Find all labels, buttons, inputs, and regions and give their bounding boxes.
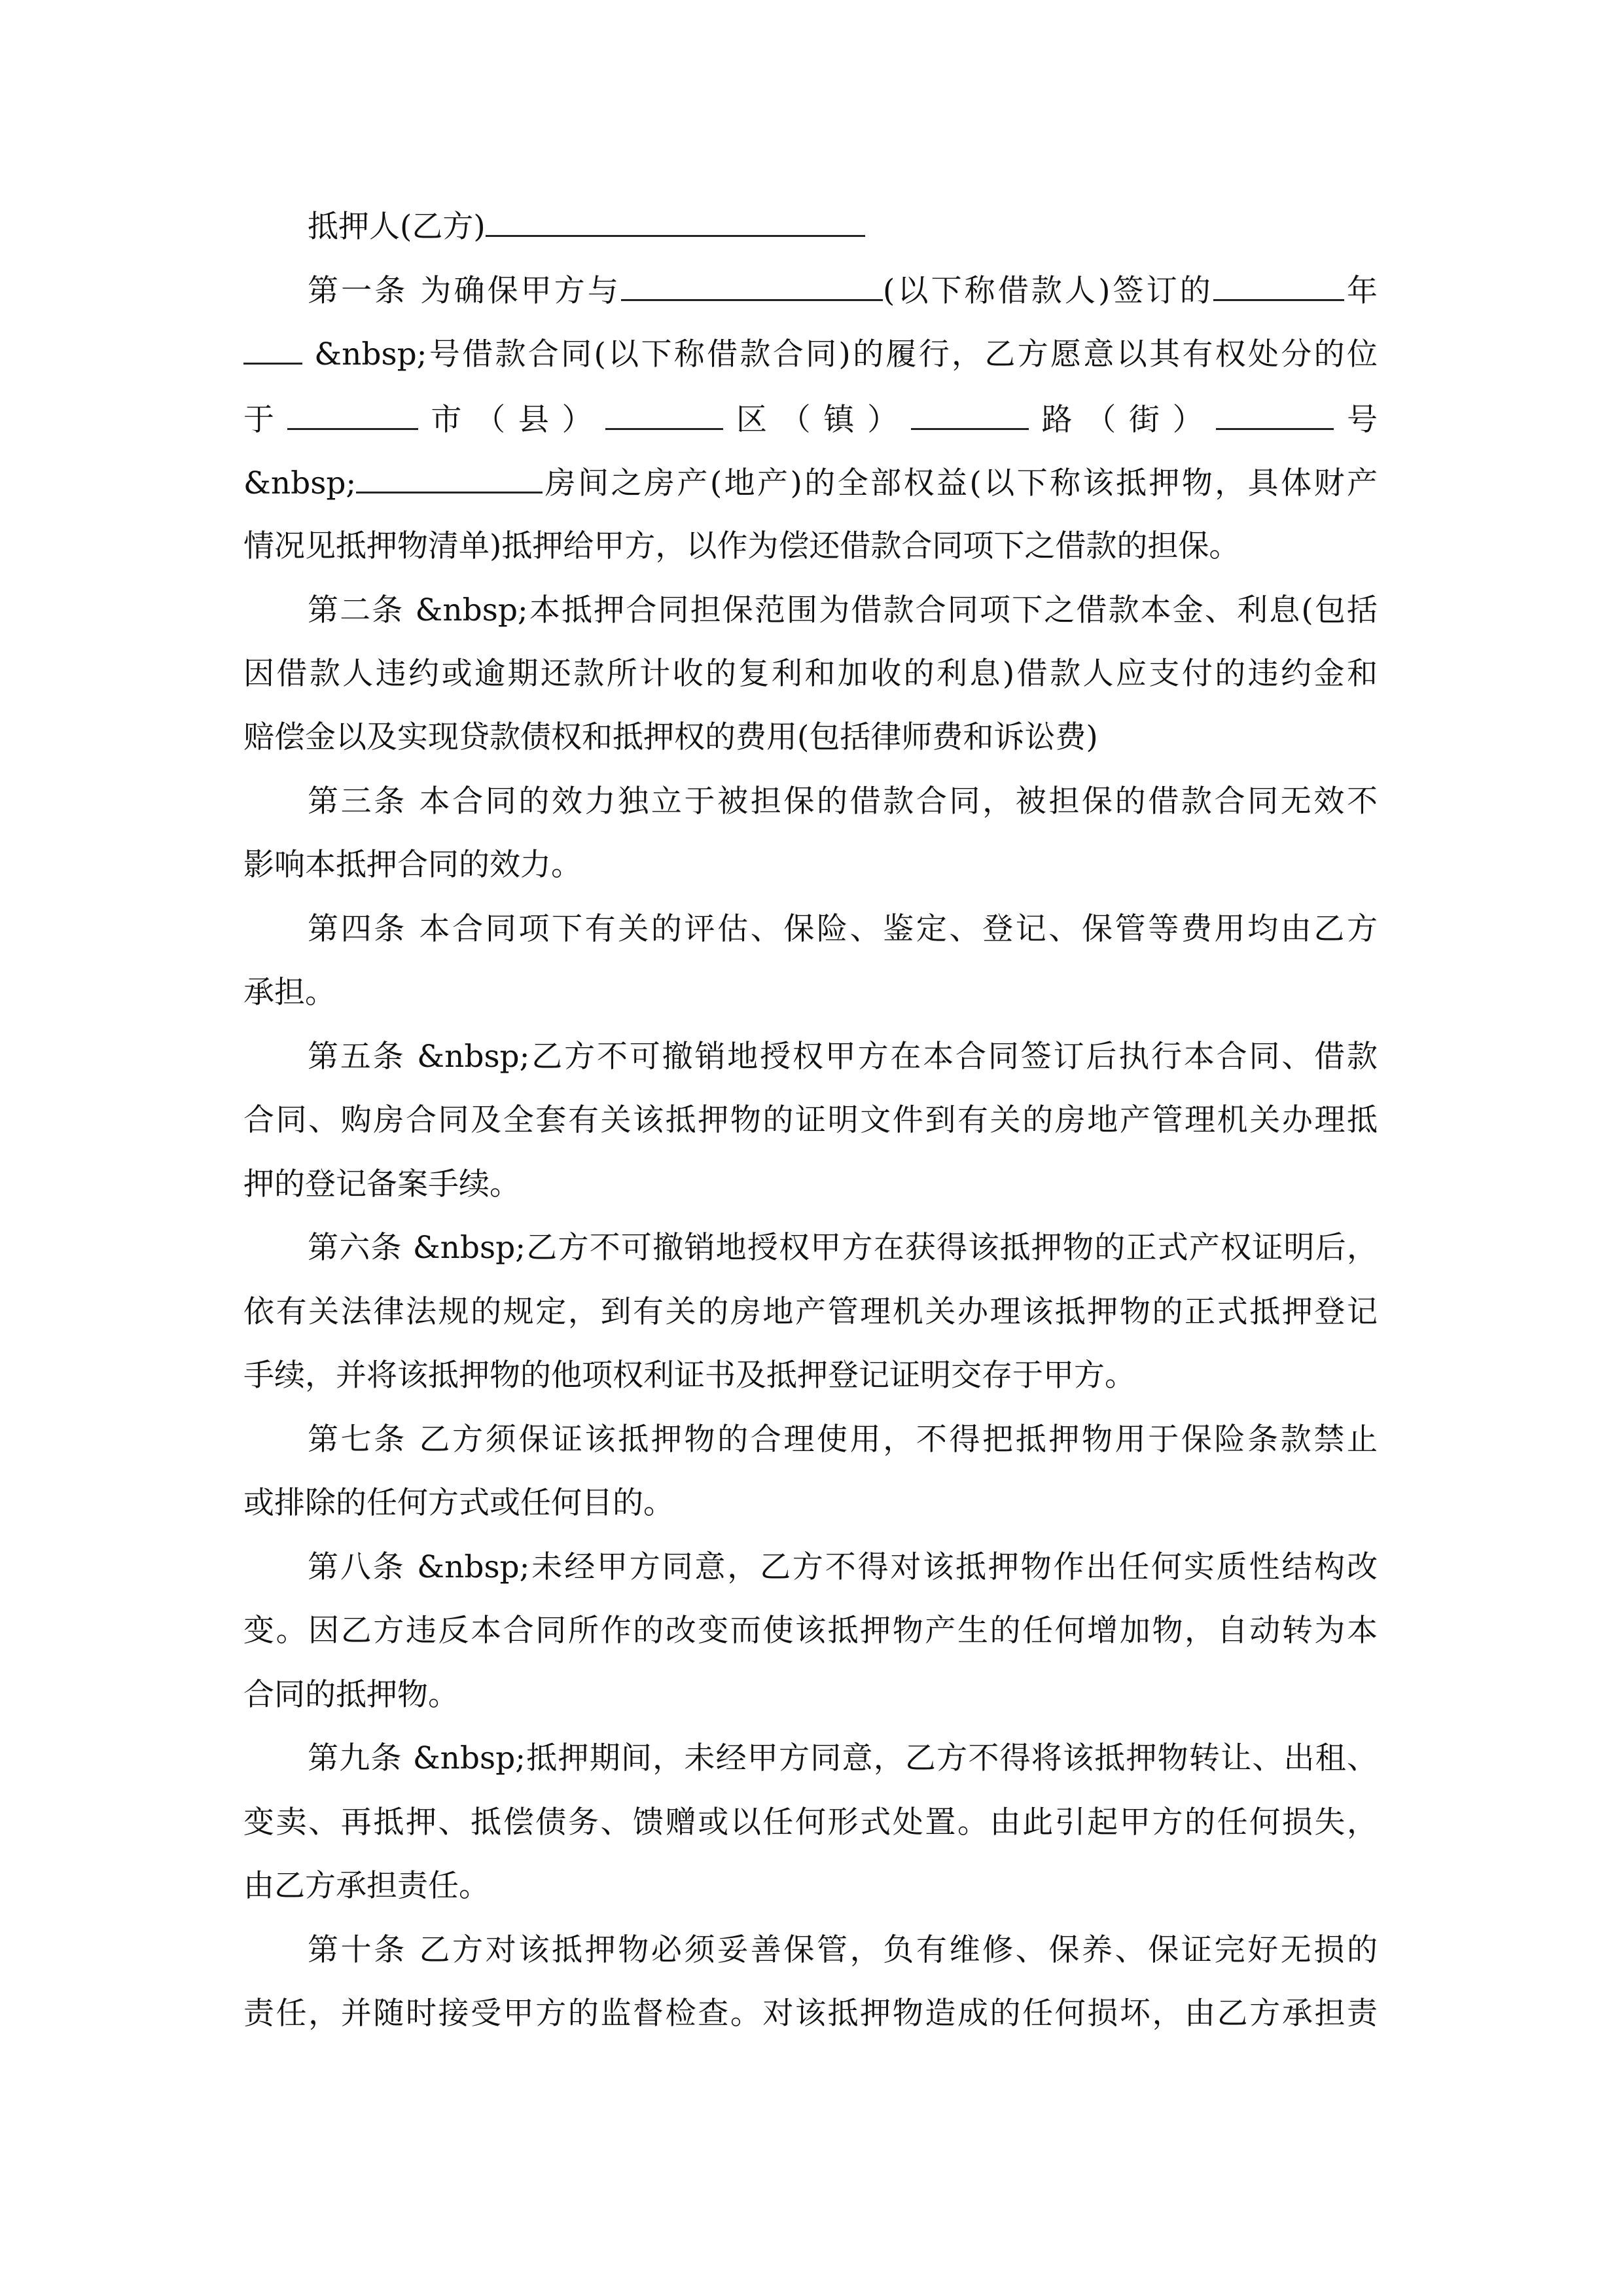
text-segment: 情况见抵押物清单)抵押给甲方，以作为偿还借款合同项下之借款的担保。: [243, 528, 1240, 564]
document-page: 抵押人(乙方)第一条 为确保甲方与(以下称借款人)签订的年 &nbsp;号借款合…: [0, 0, 1623, 2296]
text-segment: 责任，并随时接受甲方的监督检查。对该抵押物造成的任何损坏，由乙方承担责: [243, 1996, 1378, 2032]
text-segment: 第九条 &nbsp;抵押期间，未经甲方同意，乙方不得将该抵押物转让、出租、: [308, 1740, 1378, 1776]
text-segment: 由乙方承担责任。: [243, 1868, 490, 1904]
text-segment: 路（街）: [1029, 402, 1217, 438]
text-line: 第九条 &nbsp;抵押期间，未经甲方同意，乙方不得将该抵押物转让、出租、: [308, 1739, 1378, 1778]
text-segment: 或排除的任何方式或任何目的。: [243, 1485, 674, 1521]
text-segment: 变。因乙方违反本合同所作的改变而使该抵押物产生的任何增加物，自动转为本: [243, 1613, 1378, 1649]
text-line: 于市（县）区（镇）路（街）号: [243, 399, 1378, 439]
fill-in-blank[interactable]: [287, 399, 418, 430]
fill-in-blank[interactable]: [1213, 270, 1344, 301]
text-segment: 承担。: [243, 975, 336, 1011]
fill-in-blank[interactable]: [605, 399, 723, 430]
text-line: 第三条 本合同的效力独立于被担保的借款合同，被担保的借款合同无效不: [308, 782, 1378, 821]
text-segment: 依有关法律法规的规定，到有关的房地产管理机关办理该抵押物的正式抵押登记: [243, 1294, 1378, 1330]
text-line: 变。因乙方违反本合同所作的改变而使该抵押物产生的任何增加物，自动转为本: [243, 1611, 1378, 1651]
text-line: 情况见抵押物清单)抵押给甲方，以作为偿还借款合同项下之借款的担保。: [243, 527, 1378, 566]
text-segment: &nbsp;号借款合同(以下称借款合同)的履行，乙方愿意以其有权处分的位: [302, 336, 1378, 372]
text-segment: 第八条 &nbsp;未经甲方同意，乙方不得对该抵押物作出任何实质性结构改: [308, 1549, 1378, 1585]
text-line: 第一条 为确保甲方与(以下称借款人)签订的年: [308, 270, 1378, 310]
text-segment: 合同、购房合同及全套有关该抵押物的证明文件到有关的房地产管理机关办理抵: [243, 1102, 1378, 1138]
text-line: 因借款人违约或逾期还款所计收的复利和加收的利息)借款人应支付的违约金和: [243, 655, 1378, 694]
text-segment: (以下称借款人)签订的: [883, 273, 1213, 309]
fill-in-blank[interactable]: [356, 463, 543, 493]
text-segment: 押的登记备案手续。: [243, 1166, 520, 1202]
fill-in-blank[interactable]: [621, 270, 883, 301]
text-segment: 区（镇）: [723, 402, 911, 438]
text-line: &nbsp;房间之房产(地产)的全部权益(以下称该抵押物，具体财产: [243, 463, 1378, 502]
text-line: 抵押人(乙方): [308, 206, 1378, 245]
text-segment: 第四条 本合同项下有关的评估、保险、鉴定、登记、保管等费用均由乙方: [308, 911, 1378, 947]
text-segment: 年: [1344, 273, 1378, 309]
text-line: 合同、购房合同及全套有关该抵押物的证明文件到有关的房地产管理机关办理抵: [243, 1101, 1378, 1140]
text-line: 影响本抵押合同的效力。: [243, 846, 1378, 885]
text-line: 或排除的任何方式或任何目的。: [243, 1484, 1378, 1523]
fill-in-blank[interactable]: [1216, 399, 1334, 430]
text-line: 变卖、再抵押、抵偿债务、馈赠或以任何形式处置。由此引起甲方的任何损失，: [243, 1803, 1378, 1842]
text-line: 第八条 &nbsp;未经甲方同意，乙方不得对该抵押物作出任何实质性结构改: [308, 1548, 1378, 1587]
text-segment: 第六条 &nbsp;乙方不可撤销地授权甲方在获得该抵押物的正式产权证明后，: [308, 1230, 1378, 1266]
text-segment: 第七条 乙方须保证该抵押物的合理使用，不得把抵押物用于保险条款禁止: [308, 1422, 1378, 1458]
text-line: 第十条 乙方对该抵押物必须妥善保管，负有维修、保养、保证完好无损的: [308, 1931, 1378, 1970]
text-line: 由乙方承担责任。: [243, 1867, 1378, 1906]
text-segment: 变卖、再抵押、抵偿债务、馈赠或以任何形式处置。由此引起甲方的任何损失，: [243, 1804, 1378, 1840]
text-segment: 市（县）: [418, 402, 606, 438]
text-line: 依有关法律法规的规定，到有关的房地产管理机关办理该抵押物的正式抵押登记: [243, 1293, 1378, 1332]
text-line: &nbsp;号借款合同(以下称借款合同)的履行，乙方愿意以其有权处分的位: [243, 334, 1378, 373]
text-line: 第五条 &nbsp;乙方不可撤销地授权甲方在本合同签订后执行本合同、借款: [308, 1037, 1378, 1077]
text-line: 合同的抵押物。: [243, 1676, 1378, 1715]
text-segment: 于: [243, 402, 287, 438]
text-segment: 房间之房产(地产)的全部权益(以下称该抵押物，具体财产: [543, 465, 1378, 501]
text-line: 第七条 乙方须保证该抵押物的合理使用，不得把抵押物用于保险条款禁止: [308, 1420, 1378, 1460]
text-line: 第四条 本合同项下有关的评估、保险、鉴定、登记、保管等费用均由乙方: [308, 910, 1378, 949]
text-segment: 第十条 乙方对该抵押物必须妥善保管，负有维修、保养、保证完好无损的: [308, 1932, 1378, 1968]
text-segment: 合同的抵押物。: [243, 1677, 459, 1713]
text-segment: 号: [1334, 402, 1378, 438]
text-segment: 手续，并将该抵押物的他项权利证书及抵押登记证明交存于甲方。: [243, 1357, 1135, 1393]
text-segment: 第五条 &nbsp;乙方不可撤销地授权甲方在本合同签订后执行本合同、借款: [308, 1039, 1378, 1075]
text-line: 承担。: [243, 973, 1378, 1013]
text-segment: &nbsp;: [243, 465, 356, 501]
text-segment: 第一条 为确保甲方与: [308, 273, 621, 309]
text-segment: 第三条 本合同的效力独立于被担保的借款合同，被担保的借款合同无效不: [308, 783, 1378, 819]
text-line: 押的登记备案手续。: [243, 1165, 1378, 1204]
fill-in-blank[interactable]: [243, 334, 302, 365]
text-line: 责任，并随时接受甲方的监督检查。对该抵押物造成的任何损坏，由乙方承担责: [243, 1994, 1378, 2034]
fill-in-blank[interactable]: [486, 206, 865, 237]
text-segment: 影响本抵押合同的效力。: [243, 847, 582, 883]
text-segment: 赔偿金以及实现贷款债权和抵押权的费用(包括律师费和诉讼费): [243, 719, 1098, 755]
text-segment: 第二条 &nbsp;本抵押合同担保范围为借款合同项下之借款本金、利息(包括: [308, 592, 1378, 628]
text-line: 手续，并将该抵押物的他项权利证书及抵押登记证明交存于甲方。: [243, 1356, 1378, 1395]
text-segment: 抵押人(乙方): [308, 209, 486, 245]
text-line: 第六条 &nbsp;乙方不可撤销地授权甲方在获得该抵押物的正式产权证明后，: [308, 1229, 1378, 1268]
text-segment: 因借款人违约或逾期还款所计收的复利和加收的利息)借款人应支付的违约金和: [243, 656, 1378, 692]
text-line: 第二条 &nbsp;本抵押合同担保范围为借款合同项下之借款本金、利息(包括: [308, 591, 1378, 630]
text-line: 赔偿金以及实现贷款债权和抵押权的费用(包括律师费和诉讼费): [243, 718, 1378, 757]
fill-in-blank[interactable]: [911, 399, 1029, 430]
